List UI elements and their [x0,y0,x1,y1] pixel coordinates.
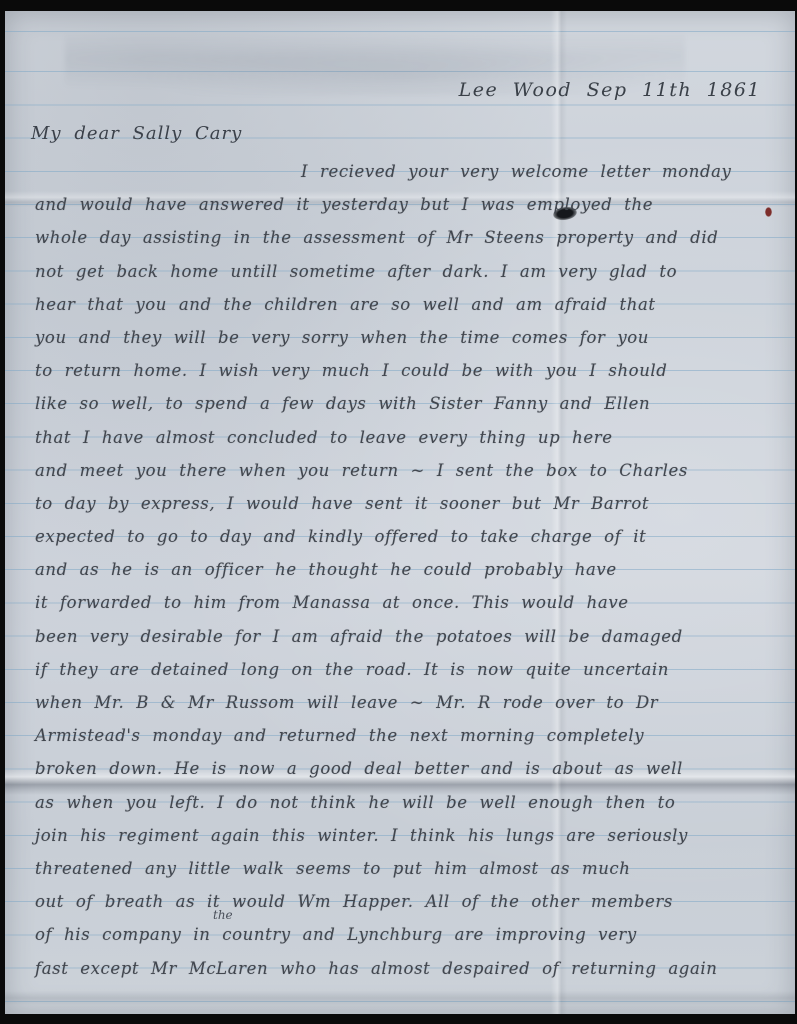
scanned-letter-screenshot: Lee Wood Sep 11th 1861 My dear Sally Car… [0,0,797,1024]
letter-line: and meet you there when you return ~ I s… [35,454,785,487]
letter-line: hear that you and the children are so we… [35,288,785,321]
letter-line: expected to go to day and kindly offered… [35,520,785,553]
letter-body: I recieved your very welcome letter mond… [35,155,785,985]
letter-line: join his regiment again this winter. I t… [35,819,785,852]
letter-line: fast except Mr McLaren who has almost de… [35,952,785,985]
letter-line: out of breath as it would Wm Happer. All… [35,885,785,918]
letter-line: not get back home untill sometime after … [35,255,785,288]
letter-line: I recieved your very welcome letter mond… [35,155,785,188]
letter-line: and would have answered it yesterday but… [35,188,785,221]
letter-line: as when you left. I do not think he will… [35,786,785,819]
letter-line: when Mr. B & Mr Russom will leave ~ Mr. … [35,686,785,719]
inserted-word-above-line: the [213,908,233,922]
letter-line: Armistead's monday and returned the next… [35,719,785,752]
letter-line: of his company in country and Lynchburg … [35,918,785,951]
dateline: Lee Wood Sep 11th 1861 [5,79,761,101]
salutation: My dear Sally Cary [31,123,242,144]
letter-page: Lee Wood Sep 11th 1861 My dear Sally Car… [5,11,795,1014]
letter-line: to return home. I wish very much I could… [35,354,785,387]
letter-line: like so well, to spend a few days with S… [35,387,785,420]
letter-line: it forwarded to him from Manassa at once… [35,586,785,619]
letter-line: if they are detained long on the road. I… [35,653,785,686]
letter-line: to day by express, I would have sent it … [35,487,785,520]
letter-line: whole day assisting in the assessment of… [35,221,785,254]
letter-line: threatened any little walk seems to put … [35,852,785,885]
letter-line: been very desirable for I am afraid the … [35,620,785,653]
letter-text: Lee Wood Sep 11th 1861 My dear Sally Car… [5,11,795,1014]
letter-line: broken down. He is now a good deal bette… [35,752,785,785]
letter-line: and as he is an officer he thought he co… [35,553,785,586]
letter-line: that I have almost concluded to leave ev… [35,421,785,454]
letter-line: you and they will be very sorry when the… [35,321,785,354]
